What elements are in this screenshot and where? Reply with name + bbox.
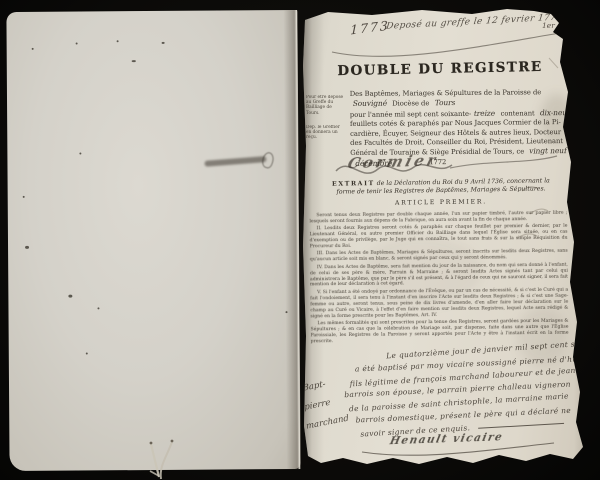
deposit-annotation: Deposé au greffe le 12 fevrier 1774 xyxy=(386,12,567,31)
diocese-label: Diocèse de xyxy=(392,100,429,108)
intro-line: Des Baptêmes, Mariages & Sépultures de l… xyxy=(350,88,542,98)
ink-speck xyxy=(76,43,78,45)
intro-line: pour l'année mil sept cent soixante- xyxy=(350,110,471,119)
ink-smudge-loop xyxy=(260,151,275,170)
baptism-entry-handwritten: Le quatorzième jour de janvier mil sept … xyxy=(340,340,578,442)
extrait-heading: EXTRAIT de la Déclaration du Roi du 9 Av… xyxy=(322,177,560,196)
right-page-register: 1773 Deposé au greffe le 12 fevrier 1774… xyxy=(302,6,588,472)
ink-speck xyxy=(25,246,29,249)
diocese-handwritten: Tours xyxy=(434,98,456,108)
ink-speck xyxy=(132,60,136,62)
intro-line: feuillets cotés & paraphés par Nous Jacq… xyxy=(350,118,561,128)
folio-count-handwritten: dix-neuf xyxy=(539,108,570,118)
flourish-dash xyxy=(478,422,564,428)
intro-line: cardière, Écuyer, Seigneur des Hôtels & … xyxy=(350,128,561,138)
ink-speck xyxy=(162,42,165,44)
ink-speck xyxy=(32,48,34,50)
article-paragraph: III. Dans les Actes de Baptêmes, Mariage… xyxy=(310,249,568,264)
parish-name-handwritten: Souvigné xyxy=(352,99,388,109)
ink-speck xyxy=(97,307,99,309)
cormier-signature: Cormier xyxy=(345,151,440,172)
ink-speck xyxy=(117,40,119,42)
ink-speck xyxy=(86,352,88,354)
extrait-word: EXTRAIT xyxy=(332,180,375,188)
article-paragraph: Seront tenus deux Registres par double c… xyxy=(309,211,567,226)
register-title: DOUBLE DU REGISTRE xyxy=(332,59,548,80)
article-premier-heading: ARTICLE PREMIER. xyxy=(322,197,560,207)
article-paragraph: IV. Dans les Actes de Baptême, sera fait… xyxy=(310,262,568,288)
ink-speck xyxy=(68,295,72,298)
archival-register-scan: 1773 Deposé au greffe le 12 fevrier 1774… xyxy=(0,0,600,480)
ink-speck xyxy=(23,196,25,198)
article-paragraph: V. Si l'enfant a été ondoyé par ordonnan… xyxy=(310,288,568,320)
ink-smudge xyxy=(204,156,266,167)
handwritten-year: 1773 xyxy=(350,18,390,38)
day-handwritten: vingt neuf xyxy=(528,146,567,156)
year-word-handwritten: treize xyxy=(473,108,496,118)
article-paragraph: II. Lesdits deux Registres seront cotés … xyxy=(309,224,567,250)
ink-speck xyxy=(285,311,287,313)
folio-number: 1er xyxy=(542,21,555,30)
intro-line: contenant xyxy=(501,109,535,117)
ink-speck xyxy=(79,153,81,155)
left-page-blank xyxy=(6,10,300,471)
margin-note-receipt: Dép. le Greffier en donnera un reçu. xyxy=(306,125,346,141)
declaration-articles: Seront tenus deux Registres par double c… xyxy=(309,211,568,347)
margin-note-deposit: Pour être déposé au Greffe du Bailliage … xyxy=(306,95,346,116)
